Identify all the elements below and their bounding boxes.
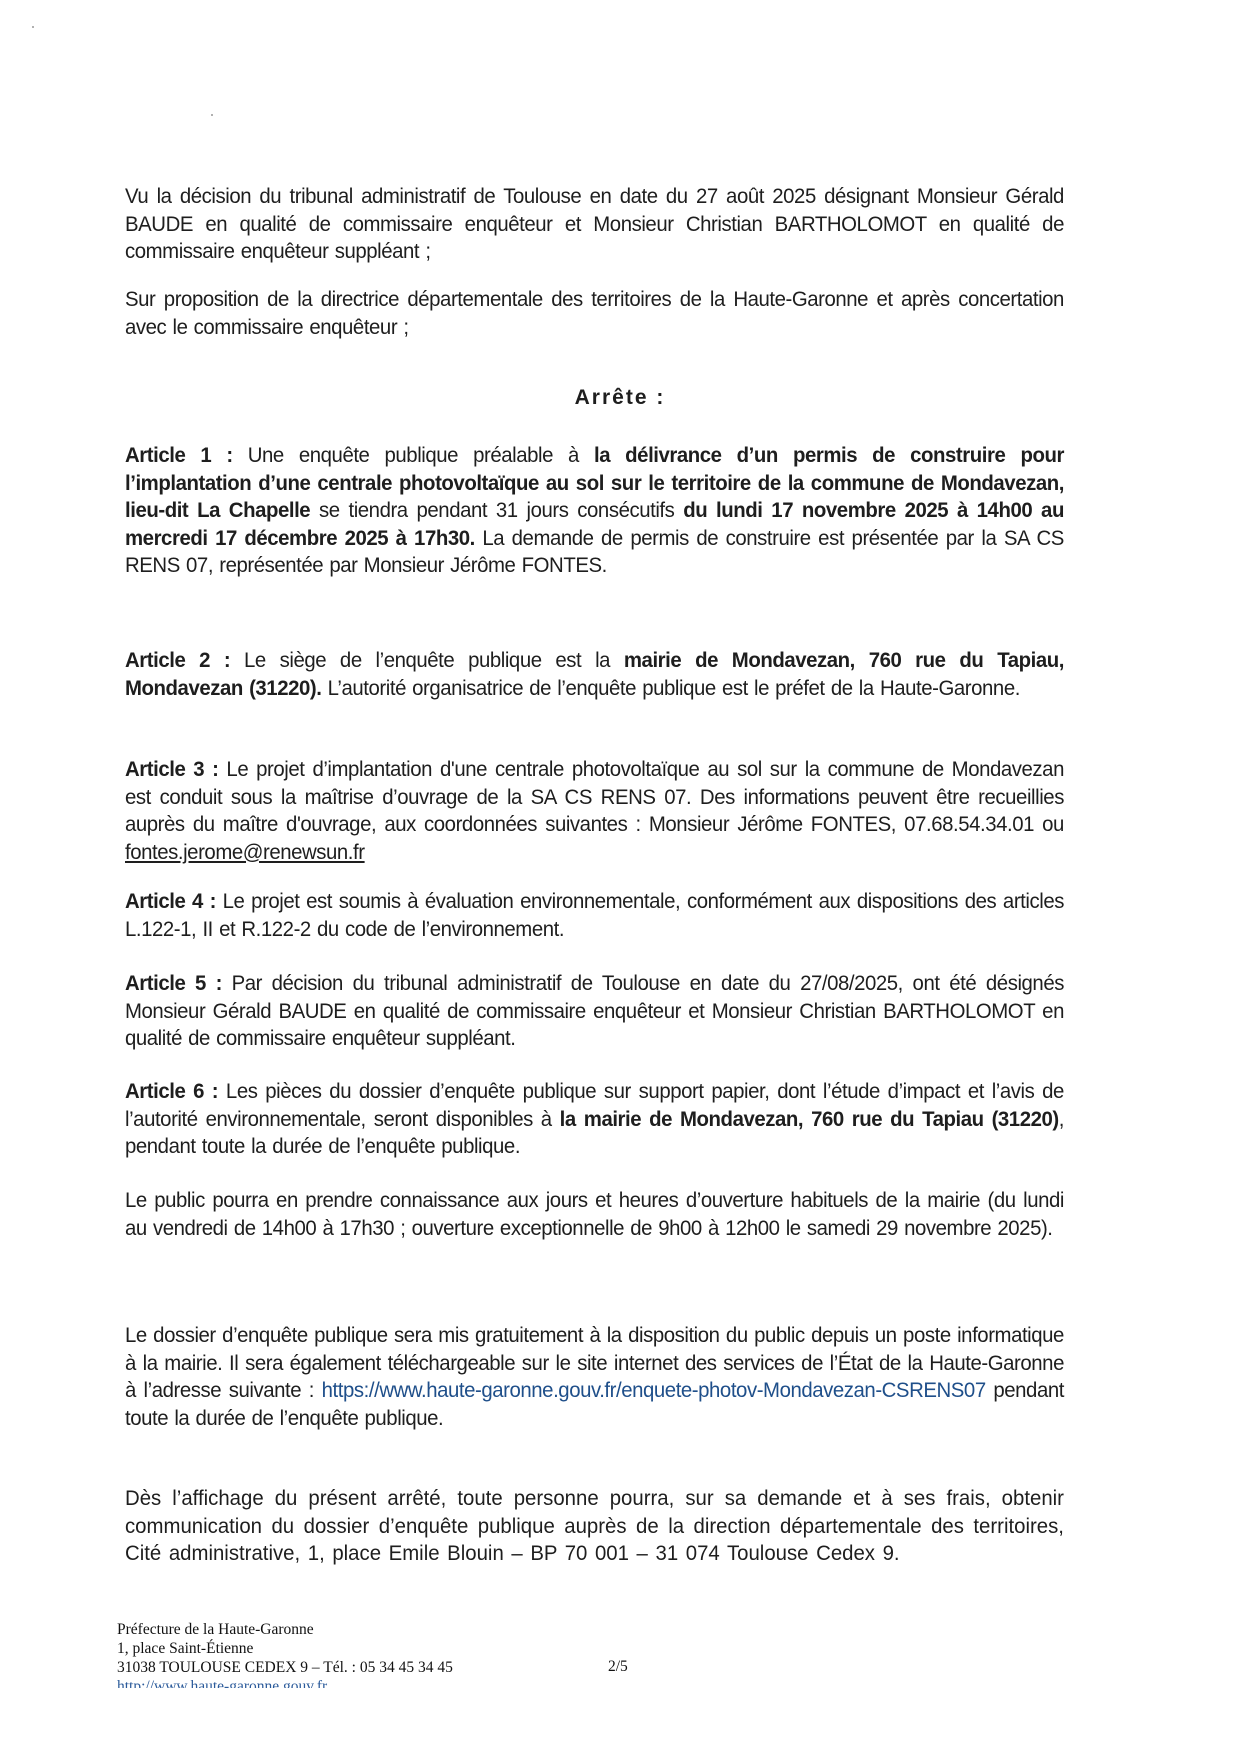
article-text: L’autorité organisatrice de l’enquête pu… [321,677,1019,700]
article-text: Le siège de l’enquête publique est la [230,649,624,672]
public-access-text: Le public pourra en prendre connaissance… [125,1187,1064,1242]
footer-address: 1, place Saint-Étienne [117,1639,1017,1658]
article-text: Le projet d’implantation d'une centrale … [125,758,1064,836]
article-6: Article 6 : Les pièces du dossier d’enqu… [125,1078,1064,1161]
preamble-paragraph-2: Sur proposition de la directrice départe… [125,286,1064,341]
article-label: Article 5 : [125,972,222,995]
article-1: Article 1 : Une enquête publique préalab… [125,442,1064,580]
dossier-url-link[interactable]: https://www.haute-garonne.gouv.fr/enquet… [322,1379,986,1402]
article-2: Article 2 : Le siège de l’enquête publiq… [125,647,1064,702]
article-text: se tiendra pendant 31 jours consécutifs [310,499,683,522]
scan-speck [32,26,34,28]
affichage-text: Dès l’affichage du présent arrêté, toute… [125,1485,1064,1568]
article-5: Article 5 : Par décision du tribunal adm… [125,970,1064,1053]
preamble-decision: Vu la décision du tribunal administratif… [125,183,1064,266]
article-text: Par décision du tribunal administratif d… [125,972,1064,1050]
decree-heading: Arrête : [0,386,1240,410]
article-label: Article 6 : [125,1080,218,1103]
article-bold-address: la mairie de Mondavezan, 760 rue du Tapi… [560,1108,1059,1131]
paragraph-dossier-online: Le dossier d’enquête publique sera mis g… [125,1322,1064,1432]
preamble-paragraph-1: Vu la décision du tribunal administratif… [125,183,1064,266]
page-footer: Préfecture de la Haute-Garonne 1, place … [117,1620,1017,1688]
preamble-proposition: Sur proposition de la directrice départe… [125,286,1064,341]
footer-organization: Préfecture de la Haute-Garonne [117,1620,1017,1639]
footer-website-link[interactable]: http://www.haute-garonne.gouv.fr [117,1677,1017,1688]
article-label: Article 3 : [125,758,218,781]
article-text: Le projet est soumis à évaluation enviro… [125,890,1064,941]
page-number: 2/5 [608,1658,628,1676]
article-label: Article 1 : [125,444,233,467]
footer-city-phone: 31038 TOULOUSE CEDEX 9 – Tél. : 05 34 45… [117,1658,1017,1677]
paragraph-affichage: Dès l’affichage du présent arrêté, toute… [125,1485,1064,1568]
article-4: Article 4 : Le projet est soumis à évalu… [125,888,1064,943]
paragraph-public-access: Le public pourra en prendre connaissance… [125,1187,1064,1242]
email-link[interactable]: fontes.jerome@renewsun.fr [125,841,365,864]
article-label: Article 2 : [125,649,230,672]
scan-speck [211,114,213,116]
article-text: Une enquête publique préalable à [233,444,594,467]
article-label: Article 4 : [125,890,216,913]
document-page: Vu la décision du tribunal administratif… [0,0,1240,1754]
article-3: Article 3 : Le projet d’implantation d'u… [125,756,1064,866]
